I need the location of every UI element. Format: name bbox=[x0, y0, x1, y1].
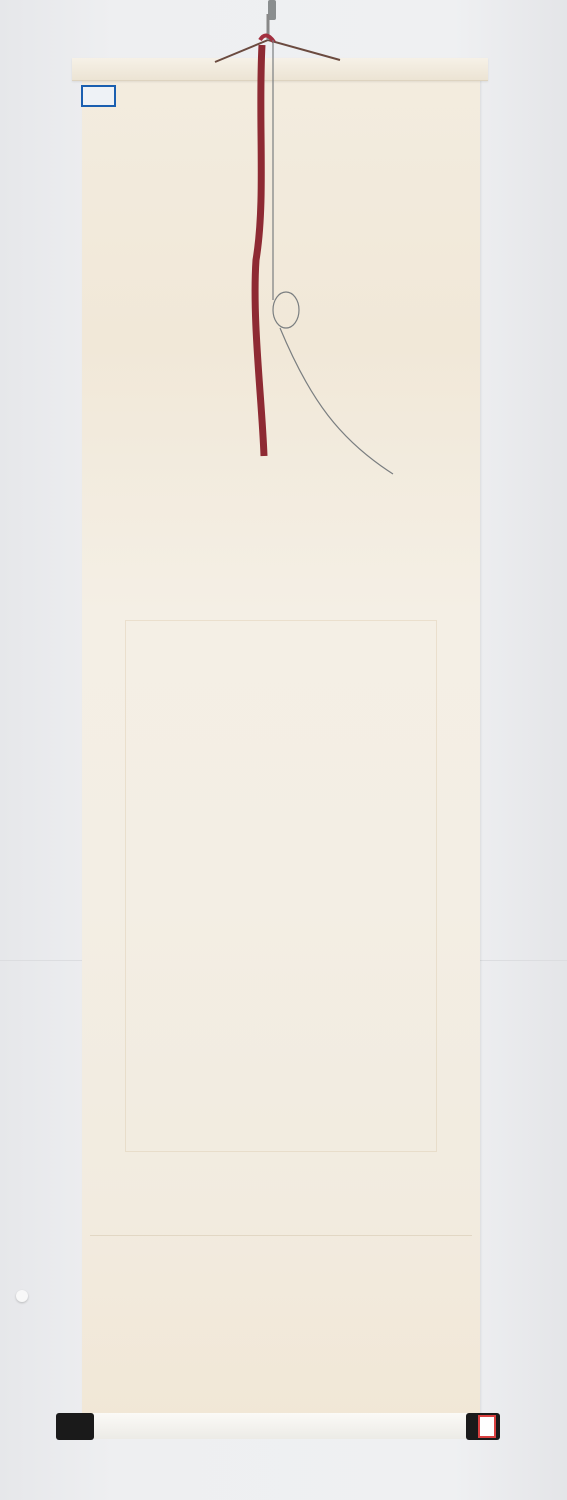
mounting-panel-outline bbox=[125, 620, 437, 1152]
bottom-roller bbox=[92, 1413, 472, 1439]
hanging-cords bbox=[0, 0, 567, 500]
wall-peg bbox=[16, 1290, 28, 1302]
red-ribbon bbox=[255, 45, 264, 456]
roller-knob-left bbox=[56, 1413, 94, 1440]
roller-label bbox=[478, 1415, 496, 1438]
lower-mount-seam bbox=[90, 1235, 472, 1236]
hanging-cord bbox=[215, 40, 340, 62]
photo-background: { "scene": { "subject": "Back side of a … bbox=[0, 0, 567, 1500]
